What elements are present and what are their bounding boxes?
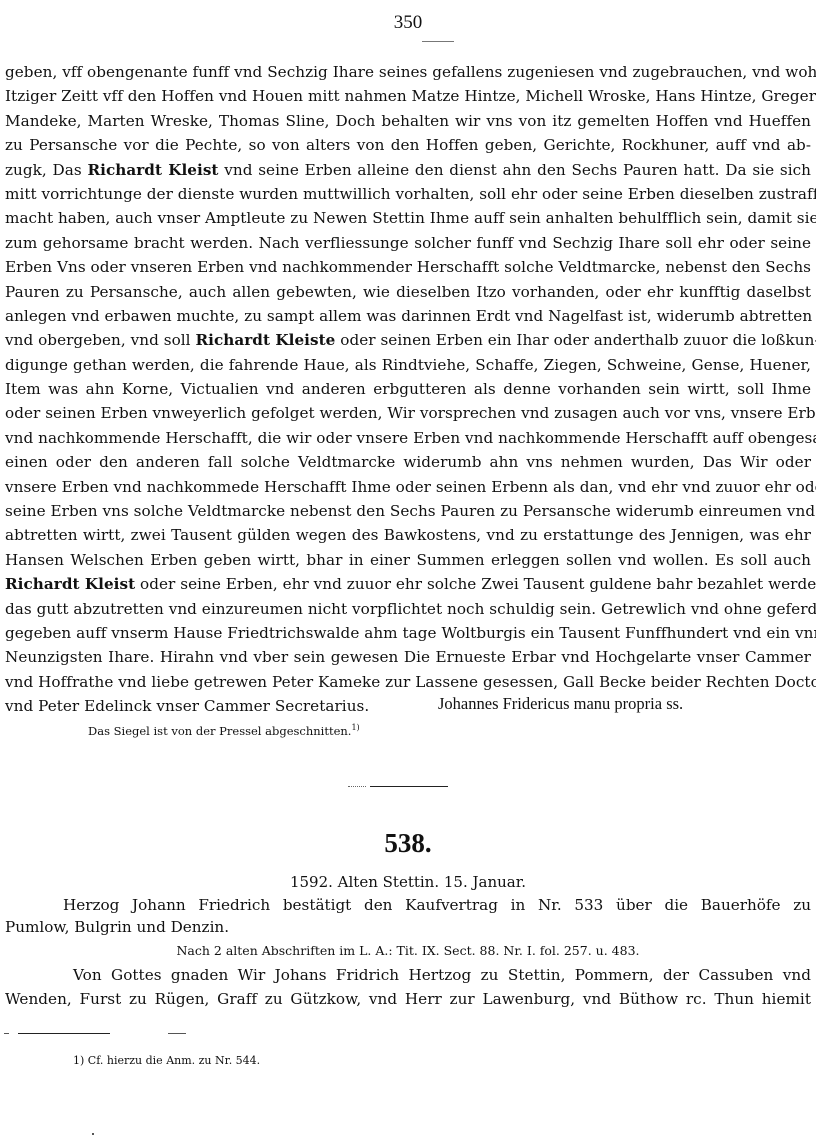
summary-line: Herzog Johann Friedrich bestätigt den Ka… — [5, 894, 811, 916]
document-intro: Von Gottes gnaden Wir Johans Fridrich He… — [5, 963, 811, 1012]
text-line: einen oder den anderen fall solche Veldt… — [5, 450, 811, 474]
footnote-ref[interactable]: 1) — [351, 723, 359, 732]
document-number: 538. — [0, 828, 816, 859]
header-rule — [422, 41, 454, 42]
footnote-rule-small — [168, 1033, 186, 1034]
section-divider-dots — [348, 786, 366, 787]
bold-name: Richardt Kleiste — [195, 331, 335, 349]
text-line: Itziger Zeitt vff den Hoffen vnd Houen m… — [5, 84, 811, 108]
text-line: Item was ahn Korne, Victualien vnd ander… — [5, 377, 811, 401]
bold-name: Richardt Kleist — [5, 575, 135, 593]
seal-note-text: Das Siegel ist von der Pressel abgeschni… — [88, 724, 351, 738]
text-line: gegeben auff vnserm Hause Friedtrichswal… — [5, 621, 811, 645]
text-line: Erben Vns oder vnseren Erben vnd nachkom… — [5, 255, 811, 279]
text-line: Mandeke, Marten Wreske, Thomas Sline, Do… — [5, 109, 811, 133]
text-line: seine Erben vns solche Veldtmarcke neben… — [5, 499, 811, 523]
section-divider — [370, 786, 448, 787]
text-line: zugk, Das Richardt Kleist vnd seine Erbe… — [5, 158, 811, 182]
summary-line: Pumlow, Bulgrin und Denzin. — [5, 916, 811, 938]
text-line: vnd nachkommende Herschafft, die wir ode… — [5, 426, 811, 450]
footnote: 1) Cf. hierzu die Anm. zu Nr. 544. — [73, 1054, 260, 1067]
text-line: macht haben, auch vnser Amptleute zu New… — [5, 206, 811, 230]
text-line: zum gehorsame bracht werden. Nach verfli… — [5, 231, 811, 255]
text-line: oder seinen Erben vnweyerlich gefolget w… — [5, 401, 811, 425]
text-line: das gutt abzutretten vnd einzureumen nic… — [5, 597, 811, 621]
text-line: geben, vff obengenante funff vnd Sechzig… — [5, 60, 811, 84]
text-line: Pauren zu Persansche, auch allen gebewte… — [5, 280, 811, 304]
text-line: digunge gethan werden, die fahrende Haue… — [5, 353, 811, 377]
text-line: mitt vorrichtunge der dienste wurden mut… — [5, 182, 811, 206]
footnote-rule-dash — [4, 1033, 9, 1034]
seal-note: Das Siegel ist von der Pressel abgeschni… — [88, 723, 360, 738]
text-line: anlegen vnd erbawen muchte, zu sampt all… — [5, 304, 811, 328]
text-line: Richardt Kleist oder seine Erben, ehr vn… — [5, 572, 811, 596]
text-line: Wenden, Furst zu Rügen, Graff zu Gützkow… — [5, 987, 811, 1011]
page-speck — [92, 1133, 94, 1135]
text-line: Hansen Welschen Erben geben wirtt, bhar … — [5, 548, 811, 572]
signature: Johannes Fridericus manu propria ss. — [438, 694, 683, 714]
footnote-rule — [18, 1033, 110, 1034]
document-dateline: 1592. Alten Stettin. 15. Januar. — [0, 873, 816, 891]
text-line: vnd obergeben, vnd soll Richardt Kleiste… — [5, 328, 811, 352]
text-line: zu Persansche vor die Pechte, so von alt… — [5, 133, 811, 157]
source-citation: Nach 2 alten Abschriften im L. A.: Tit. … — [0, 943, 816, 958]
text-line: vnsere Erben vnd nachkommede Herschafft … — [5, 475, 811, 499]
text-line: vnd Hoffrathe vnd liebe getrewen Peter K… — [5, 670, 811, 694]
text-line: vnd Peter Edelinck vnser Cammer Secretar… — [5, 694, 811, 718]
text-line: abtretten wirtt, zwei Tausent gülden weg… — [5, 523, 811, 547]
text-line: Von Gottes gnaden Wir Johans Fridrich He… — [5, 963, 811, 987]
document-summary: Herzog Johann Friedrich bestätigt den Ka… — [5, 894, 811, 938]
bold-name: Richardt Kleist — [87, 161, 218, 179]
text-line: Neunzigsten Ihare. Hirahn vnd vber sein … — [5, 645, 811, 669]
continued-document-text: geben, vff obengenante funff vnd Sechzig… — [5, 60, 811, 719]
page-number: 350 — [0, 12, 816, 34]
